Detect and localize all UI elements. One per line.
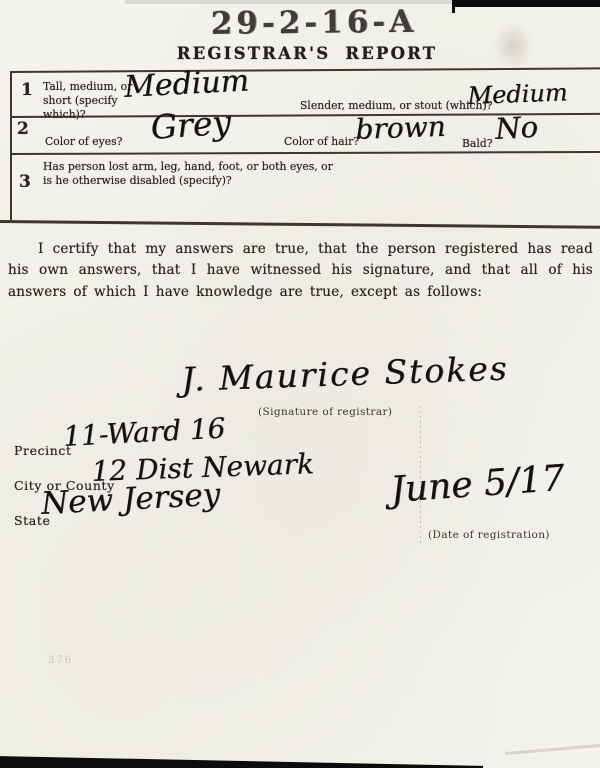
table-row-divider-2 (10, 151, 600, 155)
row-number-1: 1 (21, 80, 33, 100)
field-value-hair: brown (355, 110, 446, 146)
date-caption: (Date of registration) (428, 529, 550, 541)
dotted-line (352, 147, 462, 149)
faint-dashed-mark (28, 702, 143, 704)
date-line (383, 524, 600, 528)
field-value-build: Medium (123, 64, 250, 105)
date-of-registration-value: June 5/17 (389, 458, 566, 511)
page-title: REGISTRAR'S REPORT (0, 44, 600, 63)
signature-caption: (Signature of registrar) (258, 406, 392, 418)
scan-edge-bottom-left (0, 754, 483, 768)
table-number-column-divider (37, 72, 39, 222)
field-label-eyes: Color of eyes? (45, 135, 122, 149)
field-value-bald: No (494, 110, 539, 146)
table-left-border (10, 71, 12, 223)
registrar-signature: J. Maurice Stokes (181, 349, 510, 399)
precinct-value: 11-Ward 16 (62, 412, 226, 453)
signature-line (170, 398, 600, 404)
dotted-line (337, 181, 600, 184)
field-label-hair: Color of hair? (284, 135, 359, 149)
row-number-3: 3 (19, 172, 31, 192)
field-value-slender: Medium (467, 79, 568, 110)
table-bottom-dashed-line (0, 227, 600, 235)
field-label-bald: Bald? (462, 137, 493, 151)
dotted-line (40, 213, 600, 216)
registrar-report-document: 29-2-16-A REGISTRAR'S REPORT 1 2 3 Tall,… (0, 0, 600, 768)
dotted-line (3, 308, 599, 316)
certification-paragraph: I certify that my answers are true, that… (8, 239, 593, 303)
table-top-border (10, 67, 600, 73)
stamp-number: 29-2-16-A (0, 2, 600, 44)
field-value-eyes: Grey (149, 102, 232, 147)
dotted-line (3, 343, 599, 351)
scan-scratch-bottom-right (505, 744, 600, 755)
faint-number: 376 (48, 655, 73, 666)
field-label-disabled: Has person lost arm, leg, hand, foot, or… (43, 160, 341, 188)
dotted-line (128, 147, 274, 149)
row-number-2: 2 (17, 119, 29, 139)
dotted-line (490, 148, 600, 150)
dotted-line (38, 530, 264, 532)
